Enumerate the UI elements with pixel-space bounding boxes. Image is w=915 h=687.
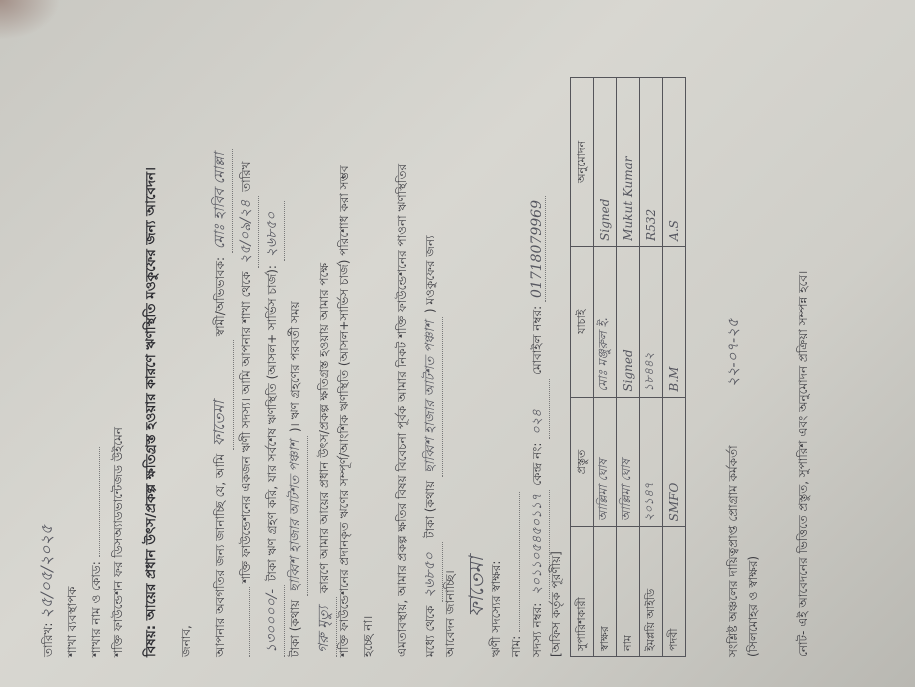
text: )। ঋণ গ্রহণের পরবর্তী সময় [288, 301, 302, 432]
date-row: তারিখ: ২৫/০৫/২০২৫ [34, 525, 61, 657]
cell: ১৮৪৪২ [640, 246, 663, 397]
table-row: ইমপ্লয়ি আইডি ২০১৪৭ ১৮৪৪২ R532 [640, 78, 663, 657]
text: তারিখ [239, 161, 253, 191]
body2-line-3: আবেদন জানাচ্ছি। [442, 570, 462, 657]
table-row: নাম আল্লিমা ঘোষ Signed Mukut Kumar [617, 78, 640, 657]
cell: B.M [663, 246, 686, 397]
to-line-3: শক্তি ফাউন্ডেশন ফর ডিসঅ্যাডভান্টেজড উইমে… [110, 427, 130, 657]
text: কারণে আমার আয়ের প্রধান উৎস/প্রকল্প ক্ষত… [317, 263, 331, 593]
text: টাকা (কথায় [288, 600, 302, 657]
row-label: স্বাক্ষর [594, 527, 617, 657]
cell: আল্লিমা ঘোষ [617, 397, 640, 527]
blank [249, 587, 250, 657]
body2-line-1: এমতাবস্থায়, আমার প্রকল্প ক্ষতির বিষয় ব… [394, 164, 414, 657]
outstanding-balance: ২৬৮৫০ [260, 201, 285, 261]
body-line-7: হচ্ছে না। [360, 616, 380, 657]
amount-in-words: ছাব্বিশ হাজার আটশত পঞ্চাশ [286, 436, 308, 596]
table-header-row: সুপারিশকারী প্রস্তুত যাচাই অনুমোদন [571, 78, 594, 657]
member-no-label: সদস্য নম্বর: [530, 603, 544, 657]
regional-officer-signature: ২২-০৭-২৫ [722, 318, 747, 387]
body-line-1: আপনার অবগতির জন্য জানাচ্ছি যে, আমি ফাতেম… [208, 149, 234, 657]
text: টাকা (কথায় [423, 481, 437, 538]
member-info-row: সদস্য নম্বর: ২০১১০৫৪৫০১১৭ কেন্দ্র নং: ০২… [528, 196, 550, 657]
applicant-name: ফাতেমা [208, 340, 234, 450]
cell: মোঃ মঞ্জুরুল ই. [594, 246, 617, 397]
date-label: তারিখ: [41, 623, 55, 657]
guardian-name: মোঃ হাবিব মোল্লা [208, 149, 233, 253]
regional-officer-label: সংশ্লিষ্ট অঞ্চলের দায়িত্বপ্রাপ্ত প্রোগ্… [725, 445, 745, 657]
body-line-6: শক্তি ফাউন্ডেশনের প্রদানকৃত ঋণের সম্পূর্… [336, 165, 356, 657]
waiver-amount: ২৬৮৫০ [418, 542, 443, 602]
name-label: নাম: [509, 636, 523, 657]
name-field [519, 492, 520, 632]
text: ) মওকুফের জন্য [423, 235, 437, 313]
table-row: স্বাক্ষর আল্লিমা ঘোষ মোঃ মঞ্জুরুল ই. Sig… [594, 78, 617, 657]
header-approved: অনুমোদন [571, 78, 594, 247]
header-recommender: সুপারিশকারী [571, 527, 594, 657]
cell: ২০১৪৭ [640, 397, 663, 527]
subject-line: বিষয়: আয়ের প্রধান উৎস/প্রকল্প ক্ষতিগ্র… [140, 167, 163, 657]
to-line-1: শাখা ব্যবস্থাপক [64, 586, 84, 657]
body-line-4: টাকা (কথায় ছাব্বিশ হাজার আটশত পঞ্চাশ )।… [286, 301, 308, 657]
table-row: পদবী SMFO B.M A.S [663, 78, 686, 657]
cell: R532 [640, 78, 663, 247]
cell: A.S [663, 78, 686, 247]
to-line-2: শাখার নাম ও কোড: [88, 447, 108, 657]
date-value: ২৫/০৫/২০২৫ [37, 525, 56, 619]
body-line-3: ১৩০০০০/- টাকা ঋণ গ্রহণ করি, যার সর্বশেষ … [260, 201, 285, 657]
text: মধ্যে থেকে [423, 606, 437, 657]
row-label: ইমপ্লয়ি আইডি [640, 527, 663, 657]
header-verified: যাচাই [571, 246, 594, 397]
approval-table: সুপারিশকারী প্রস্তুত যাচাই অনুমোদন স্বাক… [570, 77, 686, 657]
row-label: নাম [617, 527, 640, 657]
body-line-5: গরু মৃত্যু কারণে আমার আয়ের প্রধান উৎস/প… [312, 263, 337, 657]
header-prepared: প্রস্তুত [571, 397, 594, 527]
cell: SMFO [663, 397, 686, 527]
text: স্বামী/অভিভাবক: [213, 257, 227, 336]
body2-line-2: মধ্যে থেকে ২৬৮৫০ টাকা (কথায় ছাব্বিশ হাজ… [418, 235, 443, 657]
text: আপনার অবগতির জন্য জানাচ্ছি যে, আমি [213, 454, 227, 657]
branch-field [99, 447, 100, 557]
cell: Signed [594, 78, 617, 247]
cell: Signed [617, 246, 640, 397]
text: টাকা ঋণ গ্রহণ করি, যার সর্বশেষ ঋণস্থিতি … [265, 265, 279, 581]
text: শক্তি ফাউন্ডেশনের একজন ঋণী সদস্য। আমি আপ… [239, 272, 253, 584]
branch-label: শাখার নাম ও কোড: [89, 561, 103, 657]
waiver-amount-words: ছাব্বিশ হাজার আটশত পঞ্চাশ [421, 317, 443, 477]
cell: Mukut Kumar [617, 78, 640, 247]
cell: আল্লিমা ঘোষ [594, 397, 617, 527]
row-label: পদবী [663, 527, 686, 657]
member-no-value: ২০১১০৫৪৫০১১৭ [528, 490, 550, 599]
regional-officer-sub: (সিলমোহর ও স্বাক্ষর) [745, 556, 765, 657]
loan-amount: ১৩০০০০/- [260, 585, 285, 657]
footer-note: নোট- এই আবেদনের ভিত্তিতে প্রস্তুত, সুপার… [795, 271, 815, 657]
center-no-value: ০২৪ [528, 379, 550, 439]
application-form-page: তারিখ: ২৫/০৫/২০২৫ শাখা ব্যবস্থাপক শাখার … [0, 0, 915, 687]
loan-date: ২৫/০৯/২৪ [234, 196, 259, 268]
salutation: জনাব, [178, 625, 198, 657]
signature-label: ঋণী সদস্যের স্বাক্ষর: [488, 561, 508, 657]
body-line-2: শক্তি ফাউন্ডেশনের একজন ঋণী সদস্য। আমি আপ… [234, 161, 259, 657]
mobile-value: 01718079969 [529, 196, 546, 302]
name-row: নাম: [508, 492, 528, 657]
loss-reason: গরু মৃত্যু [312, 597, 337, 657]
center-no-label: কেন্দ্র নং: [530, 443, 544, 486]
office-use-label: [অফিস কর্তৃক পূরণীয়] [548, 551, 568, 657]
mobile-label: মোবাইল নম্বর: [530, 306, 544, 375]
